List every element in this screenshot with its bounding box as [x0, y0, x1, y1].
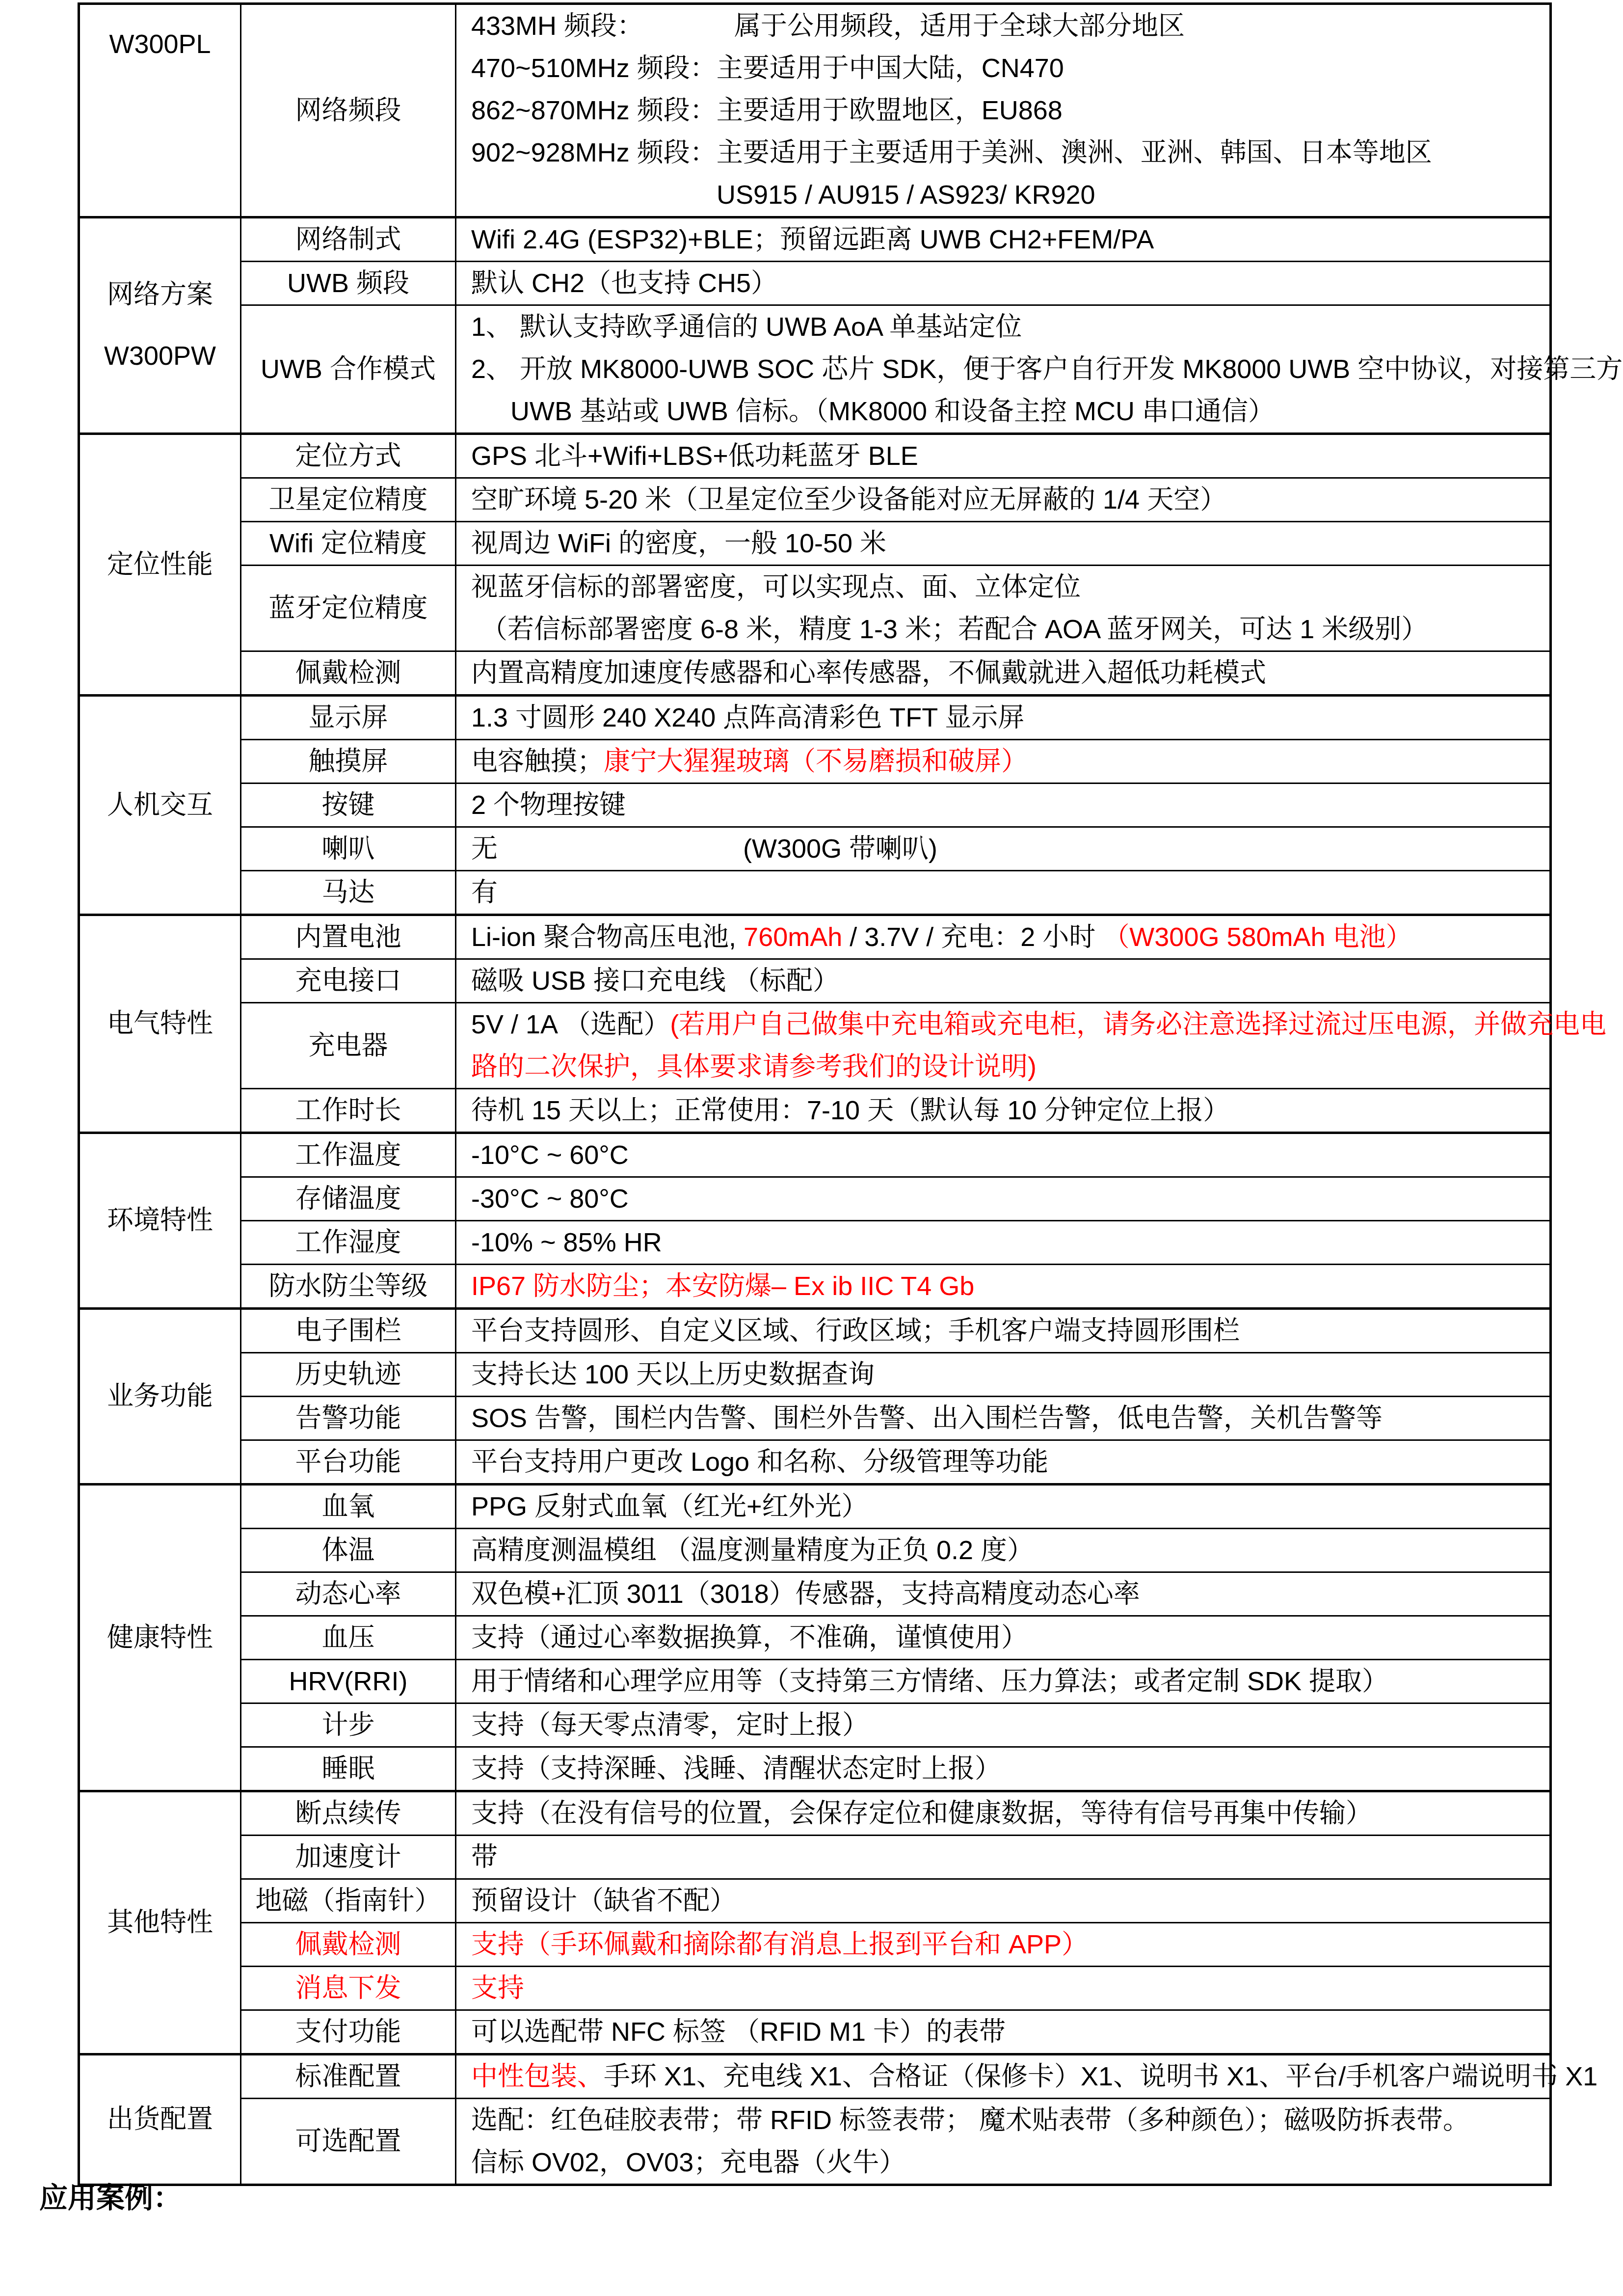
table-row: 血压支持（通过心率数据换算，不准确，谨慎使用） [79, 1616, 1551, 1660]
spec-value-line: （若信标部署密度 6-8 米，精度 1-3 米；若配合 AOA 蓝牙网关，可达 … [471, 608, 1549, 650]
spec-text: （若信标部署密度 6-8 米，精度 1-3 米；若配合 AOA 蓝牙网关，可达 … [481, 615, 1428, 644]
category-cell: 人机交互 [79, 696, 241, 915]
spec-text: 支持（通过心率数据换算，不准确，谨慎使用） [471, 1623, 1028, 1652]
spec-value-line: 902~928MHz 频段：主要适用于主要适用于美洲、澳洲、亚洲、韩国、日本等地… [471, 132, 1549, 174]
spec-value-line: Li-ion 聚合物高压电池, 760mAh / 3.7V / 充电：2 小时 … [471, 916, 1549, 958]
spec-text: 支持长达 100 天以上历史数据查询 [471, 1360, 875, 1389]
spec-value-line: PPG 反射式血氧（红光+红外光） [471, 1486, 1549, 1528]
category-cell: W300PL [79, 4, 241, 217]
spec-text: Li-ion 聚合物高压电池, [471, 922, 744, 952]
spec-value-cell: 双色模+汇顶 3011（3018）传感器，支持高精度动态心率 [456, 1572, 1551, 1616]
table-row: 睡眠支持（支持深睡、浅睡、清醒状态定时上报） [79, 1747, 1551, 1791]
spec-label-cell: HRV(RRI) [241, 1660, 456, 1703]
spec-value-cell: 视周边 WiFi 的密度，一般 10-50 米 [456, 522, 1551, 566]
table-row: W300PL网络频段433MH 频段：属于公用频段，适用于全球大部分地区470~… [79, 4, 1551, 217]
spec-text: GPS 北斗+Wifi+LBS+低功耗蓝牙 BLE [471, 441, 918, 471]
spec-value-line: 862~870MHz 频段：主要适用于欧盟地区，EU868 [471, 89, 1549, 132]
spec-text: 高精度测温模组 （温度测量精度为正负 0.2 度） [471, 1536, 1034, 1565]
spec-label-cell: 消息下发 [241, 1967, 456, 2010]
table-row: 计步支持（每天零点清零，定时上报） [79, 1703, 1551, 1747]
spec-text: 视周边 WiFi 的密度，一般 10-50 米 [471, 529, 886, 558]
spec-text: 无 [471, 834, 498, 864]
spec-value-line: 信标 OV02，OV03；充电器（火牛） [471, 2141, 1549, 2184]
spec-label-cell: 显示屏 [241, 696, 456, 740]
table-row: 告警功能SOS 告警，围栏内告警、围栏外告警、出入围栏告警，低电告警，关机告警等 [79, 1397, 1551, 1440]
spec-value-cell: 支持（每天零点清零，定时上报） [456, 1703, 1551, 1747]
spec-value-cell: Wifi 2.4G (ESP32)+BLE；预留远距离 UWB CH2+FEM/… [456, 217, 1551, 262]
spec-label-cell: 工作温度 [241, 1133, 456, 1177]
spec-text: 空旷环境 5-20 米（卫星定位至少设备能对应无屏蔽的 1/4 天空） [471, 485, 1226, 514]
spec-value-line: 双色模+汇顶 3011（3018）传感器，支持高精度动态心率 [471, 1573, 1549, 1615]
page: { "colors": { "red_text": "#FF0000", "bo… [0, 0, 1623, 2296]
spec-value-cell: -10°C ~ 60°C [456, 1133, 1551, 1177]
category-cell: 业务功能 [79, 1309, 241, 1485]
spec-label-cell: 工作时长 [241, 1089, 456, 1133]
table-row: 人机交互显示屏1.3 寸圆形 240 X240 点阵高清彩色 TFT 显示屏 [79, 696, 1551, 740]
spec-value-line: SOS 告警，围栏内告警、围栏外告警、出入围栏告警，低电告警，关机告警等 [471, 1397, 1549, 1439]
spec-text: 支持（支持深睡、浅睡、清醒状态定时上报） [471, 1754, 1001, 1783]
table-row: UWB 频段默认 CH2（也支持 CH5） [79, 262, 1551, 305]
spec-value-cell: 内置高精度加速度传感器和心率传感器，不佩戴就进入超低功耗模式 [456, 651, 1551, 696]
table-row: 平台功能平台支持用户更改 Logo 和名称、分级管理等功能 [79, 1440, 1551, 1485]
spec-value-cell: 默认 CH2（也支持 CH5） [456, 262, 1551, 305]
spec-value-cell: 平台支持圆形、自定义区域、行政区域；手机客户端支持圆形围栏 [456, 1309, 1551, 1353]
spec-table: W300PL网络频段433MH 频段：属于公用频段，适用于全球大部分地区470~… [78, 2, 1552, 2186]
spec-value-line: US915 / AU915 / AS923/ KR920 [471, 174, 1549, 216]
spec-value-cell: 支持长达 100 天以上历史数据查询 [456, 1353, 1551, 1397]
spec-value-cell: 支持（手环佩戴和摘除都有消息上报到平台和 APP） [456, 1923, 1551, 1967]
spec-label-cell: 卫星定位精度 [241, 478, 456, 522]
spec-text-red: 中性包装、 [471, 2062, 604, 2091]
spec-label-cell: 地磁（指南针） [241, 1879, 456, 1923]
table-row: 业务功能电子围栏平台支持圆形、自定义区域、行政区域；手机客户端支持圆形围栏 [79, 1309, 1551, 1353]
spec-value-line: 路的二次保护，具体要求请参考我们的设计说明) [471, 1046, 1549, 1088]
spec-text: 视蓝牙信标的部署密度，可以实现点、面、立体定位 [471, 572, 1081, 602]
spec-text: 待机 15 天以上；正常使用：7-10 天（默认每 10 分钟定位上报） [471, 1096, 1229, 1125]
table-row: 卫星定位精度空旷环境 5-20 米（卫星定位至少设备能对应无屏蔽的 1/4 天空… [79, 478, 1551, 522]
spec-text-red: 支持（手环佩戴和摘除都有消息上报到平台和 APP） [471, 1930, 1088, 1959]
spec-text: 平台支持用户更改 Logo 和名称、分级管理等功能 [471, 1447, 1048, 1477]
spec-value-cell: 433MH 频段：属于公用频段，适用于全球大部分地区470~510MHz 频段：… [456, 4, 1551, 217]
table-row: 喇叭无(W300G 带喇叭) [79, 827, 1551, 871]
spec-text: 862~870MHz 频段：主要适用于欧盟地区，EU868 [471, 96, 1063, 125]
category-cell: 网络方案W300PW [79, 217, 241, 434]
spec-label-cell: 加速度计 [241, 1836, 456, 1879]
spec-value-cell: 高精度测温模组 （温度测量精度为正负 0.2 度） [456, 1529, 1551, 1572]
spec-value-line: IP67 防水防尘；本安防爆– Ex ib IIC T4 Gb [471, 1265, 1549, 1307]
spec-value-cell: IP67 防水防尘；本安防爆– Ex ib IIC T4 Gb [456, 1265, 1551, 1309]
spec-value-line: 中性包装、手环 X1、充电线 X1、合格证（保修卡）X1、说明书 X1、平台/手… [471, 2055, 1549, 2098]
spec-label-cell: 定位方式 [241, 434, 456, 478]
category-label: 出货配置 [80, 2089, 240, 2150]
spec-value-cell: 无(W300G 带喇叭) [456, 827, 1551, 871]
spec-value-line: GPS 北斗+Wifi+LBS+低功耗蓝牙 BLE [471, 435, 1549, 477]
spec-label-cell: 充电器 [241, 1003, 456, 1089]
spec-value-cell: 电容触摸；康宁大猩猩玻璃（不易磨损和破屏） [456, 740, 1551, 783]
spec-text: -10°C ~ 60°C [471, 1140, 629, 1170]
spec-text: -10% ~ 85% HR [471, 1228, 662, 1257]
spec-text-red: 760mAh [744, 922, 842, 952]
spec-value-line: 433MH 频段：属于公用频段，适用于全球大部分地区 [471, 5, 1549, 47]
spec-value-line: 支持长达 100 天以上历史数据查询 [471, 1353, 1549, 1396]
spec-label-cell: 马达 [241, 871, 456, 915]
spec-value-line: 支持（手环佩戴和摘除都有消息上报到平台和 APP） [471, 1923, 1549, 1966]
spec-label-cell: UWB 频段 [241, 262, 456, 305]
category-label: 网络方案 [80, 264, 240, 325]
spec-value-cell: -10% ~ 85% HR [456, 1221, 1551, 1265]
category-label: 环境特性 [80, 1190, 240, 1251]
spec-label-cell: 历史轨迹 [241, 1353, 456, 1397]
category-cell: 环境特性 [79, 1133, 241, 1309]
category-label: 健康特性 [80, 1607, 240, 1669]
table-row: 防水防尘等级IP67 防水防尘；本安防爆– Ex ib IIC T4 Gb [79, 1265, 1551, 1309]
spec-value-line: 支持 [471, 1967, 1549, 2009]
table-row: 地磁（指南针）预留设计（缺省不配） [79, 1879, 1551, 1923]
category-label: 其他特性 [80, 1892, 240, 1953]
spec-value-line: 支持（每天零点清零，定时上报） [471, 1704, 1549, 1746]
spec-value-cell: 待机 15 天以上；正常使用：7-10 天（默认每 10 分钟定位上报） [456, 1089, 1551, 1133]
spec-label-cell: 喇叭 [241, 827, 456, 871]
spec-text: / 3.7V / 充电：2 小时 [842, 922, 1103, 952]
spec-text-red: 康宁大猩猩玻璃（不易磨损和破屏） [604, 747, 1028, 776]
spec-value-cell: 支持（通过心率数据换算，不准确，谨慎使用） [456, 1616, 1551, 1660]
spec-value-cell: 支持 [456, 1967, 1551, 2010]
spec-label-cell: 按键 [241, 783, 456, 827]
spec-value-line: 有 [471, 871, 1549, 914]
spec-table-body: W300PL网络频段433MH 频段：属于公用频段，适用于全球大部分地区470~… [79, 4, 1551, 2185]
table-row: 支付功能可以选配带 NFC 标签 （RFID M1 卡）的表带 [79, 2010, 1551, 2054]
spec-value-line: 高精度测温模组 （温度测量精度为正负 0.2 度） [471, 1529, 1549, 1571]
spec-value-line: 待机 15 天以上；正常使用：7-10 天（默认每 10 分钟定位上报） [471, 1089, 1549, 1132]
spec-value-cell: 用于情绪和心理学应用等（支持第三方情绪、压力算法；或者定制 SDK 提取） [456, 1660, 1551, 1703]
spec-label-cell: 网络频段 [241, 4, 456, 217]
spec-value-cell: -30°C ~ 80°C [456, 1177, 1551, 1221]
spec-label-cell: UWB 合作模式 [241, 305, 456, 434]
table-row: 蓝牙定位精度视蓝牙信标的部署密度，可以实现点、面、立体定位（若信标部署密度 6-… [79, 566, 1551, 651]
table-row: 佩戴检测内置高精度加速度传感器和心率传感器，不佩戴就进入超低功耗模式 [79, 651, 1551, 696]
spec-text: 属于公用频段，适用于全球大部分地区 [734, 11, 1185, 41]
table-row: 佩戴检测支持（手环佩戴和摘除都有消息上报到平台和 APP） [79, 1923, 1551, 1967]
spec-label-cell: 平台功能 [241, 1440, 456, 1485]
table-row: Wifi 定位精度视周边 WiFi 的密度，一般 10-50 米 [79, 522, 1551, 566]
table-row: 消息下发支持 [79, 1967, 1551, 2010]
spec-value-cell: 平台支持用户更改 Logo 和名称、分级管理等功能 [456, 1440, 1551, 1485]
table-row: 环境特性工作温度-10°C ~ 60°C [79, 1133, 1551, 1177]
spec-label-cell: 动态心率 [241, 1572, 456, 1616]
spec-text: 5V / 1A （选配） [471, 1010, 670, 1039]
table-row: 充电器5V / 1A （选配）(若用户自己做集中充电箱或充电柜，请务必注意选择过… [79, 1003, 1551, 1089]
spec-value-line: 支持（在没有信号的位置，会保存定位和健康数据，等待有信号再集中传输） [471, 1792, 1549, 1835]
spec-label-cell: 告警功能 [241, 1397, 456, 1440]
table-row: 工作湿度-10% ~ 85% HR [79, 1221, 1551, 1265]
category-cell: 健康特性 [79, 1485, 241, 1791]
spec-value-cell: 可以选配带 NFC 标签 （RFID M1 卡）的表带 [456, 2010, 1551, 2054]
spec-label-cell: 触摸屏 [241, 740, 456, 783]
spec-value-line: 视蓝牙信标的部署密度，可以实现点、面、立体定位 [471, 566, 1549, 608]
spec-value-cell: 选配：红色硅胶表带；带 RFID 标签表带； 魔术贴表带（多种颜色）；磁吸防拆表… [456, 2099, 1551, 2185]
spec-value-line: 1、 默认支持欧孚通信的 UWB AoA 单基站定位 [471, 306, 1549, 348]
spec-value-line: 磁吸 USB 接口充电线 （标配） [471, 960, 1549, 1002]
spec-text: 手环 X1、充电线 X1、合格证（保修卡）X1、说明书 X1、平台/手机客户端说… [604, 2062, 1597, 2091]
category-cell: 出货配置 [79, 2054, 241, 2185]
spec-value-line: 平台支持圆形、自定义区域、行政区域；手机客户端支持圆形围栏 [471, 1310, 1549, 1352]
spec-label-cell: 工作湿度 [241, 1221, 456, 1265]
spec-value-line: 带 [471, 1836, 1549, 1878]
spec-label-cell: 防水防尘等级 [241, 1265, 456, 1309]
table-row: 加速度计带 [79, 1836, 1551, 1879]
table-row: 存储温度-30°C ~ 80°C [79, 1177, 1551, 1221]
spec-label-cell: 体温 [241, 1529, 456, 1572]
spec-text: 用于情绪和心理学应用等（支持第三方情绪、压力算法；或者定制 SDK 提取） [471, 1667, 1388, 1696]
spec-text: 1、 默认支持欧孚通信的 UWB AoA 单基站定位 [471, 312, 1022, 342]
spec-value-cell: 支持（在没有信号的位置，会保存定位和健康数据，等待有信号再集中传输） [456, 1791, 1551, 1836]
spec-text: UWB 基站或 UWB 信标。（MK8000 和设备主控 MCU 串口通信） [510, 397, 1275, 426]
spec-value-line: 无(W300G 带喇叭) [471, 828, 1549, 870]
table-row: 马达有 [79, 871, 1551, 915]
table-row: 工作时长待机 15 天以上；正常使用：7-10 天（默认每 10 分钟定位上报） [79, 1089, 1551, 1133]
spec-text: 2 个物理按键 [471, 790, 626, 820]
category-label: 定位性能 [80, 534, 240, 595]
spec-text: (W300G 带喇叭) [743, 834, 937, 864]
spec-text-red: (若用户自己做集中充电箱或充电柜，请务必注意选择过流过压电源，并做充电电 [670, 1010, 1606, 1039]
spec-text: 内置高精度加速度传感器和心率传感器，不佩戴就进入超低功耗模式 [471, 658, 1266, 688]
spec-text: 预留设计（缺省不配） [471, 1886, 736, 1916]
spec-label-cell: 血氧 [241, 1485, 456, 1529]
category-label: W300PL [80, 14, 240, 75]
spec-value-cell: GPS 北斗+Wifi+LBS+低功耗蓝牙 BLE [456, 434, 1551, 478]
spec-label-cell: 内置电池 [241, 915, 456, 959]
spec-text: 选配：红色硅胶表带；带 RFID 标签表带； 魔术贴表带（多种颜色）；磁吸防拆表… [471, 2106, 1469, 2135]
spec-label-cell: 网络制式 [241, 217, 456, 262]
table-row: HRV(RRI)用于情绪和心理学应用等（支持第三方情绪、压力算法；或者定制 SD… [79, 1660, 1551, 1703]
category-label: W300PW [80, 325, 240, 387]
spec-text: 信标 OV02，OV03；充电器（火牛） [471, 2148, 905, 2177]
spec-text: -30°C ~ 80°C [471, 1184, 629, 1214]
spec-value-line: 2、 开放 MK8000-UWB SOC 芯片 SDK，便于客户自行开发 MK8… [471, 348, 1549, 390]
spec-value-cell: 中性包装、手环 X1、充电线 X1、合格证（保修卡）X1、说明书 X1、平台/手… [456, 2054, 1551, 2099]
table-row: 可选配置选配：红色硅胶表带；带 RFID 标签表带； 魔术贴表带（多种颜色）；磁… [79, 2099, 1551, 2185]
spec-value-line: 支持（支持深睡、浅睡、清醒状态定时上报） [471, 1748, 1549, 1790]
spec-value-line: 空旷环境 5-20 米（卫星定位至少设备能对应无屏蔽的 1/4 天空） [471, 479, 1549, 521]
spec-value-line: 支持（通过心率数据换算，不准确，谨慎使用） [471, 1617, 1549, 1659]
spec-text: 902~928MHz 频段：主要适用于主要适用于美洲、澳洲、亚洲、韩国、日本等地… [471, 138, 1432, 167]
table-row: UWB 合作模式1、 默认支持欧孚通信的 UWB AoA 单基站定位2、 开放 … [79, 305, 1551, 434]
spec-text-red: 支持 [471, 1973, 524, 2003]
spec-value-line: -10°C ~ 60°C [471, 1134, 1549, 1176]
spec-label-cell: 电子围栏 [241, 1309, 456, 1353]
spec-text: 433MH 频段： [471, 11, 643, 41]
spec-label-cell: 存储温度 [241, 1177, 456, 1221]
category-cell: 电气特性 [79, 915, 241, 1133]
spec-value-cell: 2 个物理按键 [456, 783, 1551, 827]
spec-value-cell: 视蓝牙信标的部署密度，可以实现点、面、立体定位（若信标部署密度 6-8 米，精度… [456, 566, 1551, 651]
spec-text: 带 [471, 1842, 498, 1872]
spec-label-cell: 断点续传 [241, 1791, 456, 1836]
spec-value-line: -30°C ~ 80°C [471, 1178, 1549, 1220]
table-row: 出货配置标准配置中性包装、手环 X1、充电线 X1、合格证（保修卡）X1、说明书… [79, 2054, 1551, 2099]
spec-value-cell: 1.3 寸圆形 240 X240 点阵高清彩色 TFT 显示屏 [456, 696, 1551, 740]
spec-label-cell: 佩戴检测 [241, 651, 456, 696]
spec-label-cell: 血压 [241, 1616, 456, 1660]
spec-label-cell: Wifi 定位精度 [241, 522, 456, 566]
spec-text: 电容触摸； [471, 747, 604, 776]
spec-value-line: Wifi 2.4G (ESP32)+BLE；预留远距离 UWB CH2+FEM/… [471, 218, 1549, 261]
spec-value-line: 选配：红色硅胶表带；带 RFID 标签表带； 魔术贴表带（多种颜色）；磁吸防拆表… [471, 2099, 1549, 2141]
spec-value-line: 平台支持用户更改 Logo 和名称、分级管理等功能 [471, 1441, 1549, 1483]
spec-text: 1.3 寸圆形 240 X240 点阵高清彩色 TFT 显示屏 [471, 703, 1024, 732]
spec-value-cell: Li-ion 聚合物高压电池, 760mAh / 3.7V / 充电：2 小时 … [456, 915, 1551, 959]
spec-text-red: （W300G 580mAh 电池） [1103, 922, 1412, 952]
category-label: 人机交互 [80, 775, 240, 836]
spec-value-cell: 1、 默认支持欧孚通信的 UWB AoA 单基站定位2、 开放 MK8000-U… [456, 305, 1551, 434]
section-heading-application-cases: 应用案例： [39, 2183, 182, 2214]
spec-value-cell: 支持（支持深睡、浅睡、清醒状态定时上报） [456, 1747, 1551, 1791]
spec-value-cell: 有 [456, 871, 1551, 915]
spec-label-cell: 可选配置 [241, 2099, 456, 2185]
spec-text: 默认 CH2（也支持 CH5） [471, 269, 777, 298]
table-row: 其他特性断点续传支持（在没有信号的位置，会保存定位和健康数据，等待有信号再集中传… [79, 1791, 1551, 1836]
spec-text-red: IP67 防水防尘；本安防爆– Ex ib IIC T4 Gb [471, 1271, 974, 1301]
spec-value-cell: 空旷环境 5-20 米（卫星定位至少设备能对应无屏蔽的 1/4 天空） [456, 478, 1551, 522]
table-row: 定位性能定位方式GPS 北斗+Wifi+LBS+低功耗蓝牙 BLE [79, 434, 1551, 478]
spec-value-cell: 磁吸 USB 接口充电线 （标配） [456, 959, 1551, 1003]
category-cell: 其他特性 [79, 1791, 241, 2054]
spec-value-cell: 预留设计（缺省不配） [456, 1879, 1551, 1923]
spec-value-line: 2 个物理按键 [471, 784, 1549, 826]
spec-value-line: 1.3 寸圆形 240 X240 点阵高清彩色 TFT 显示屏 [471, 697, 1549, 739]
spec-value-line: 视周边 WiFi 的密度，一般 10-50 米 [471, 522, 1549, 565]
spec-value-line: 内置高精度加速度传感器和心率传感器，不佩戴就进入超低功耗模式 [471, 652, 1549, 694]
spec-text: 2、 开放 MK8000-UWB SOC 芯片 SDK，便于客户自行开发 MK8… [471, 354, 1623, 384]
spec-value-line: 用于情绪和心理学应用等（支持第三方情绪、压力算法；或者定制 SDK 提取） [471, 1660, 1549, 1702]
spec-value-line: 预留设计（缺省不配） [471, 1880, 1549, 1922]
table-row: 健康特性血氧PPG 反射式血氧（红光+红外光） [79, 1485, 1551, 1529]
spec-value-line: 默认 CH2（也支持 CH5） [471, 262, 1549, 304]
spec-text: 有 [471, 878, 498, 907]
spec-text: 磁吸 USB 接口充电线 （标配） [471, 966, 839, 996]
spec-value-cell: PPG 反射式血氧（红光+红外光） [456, 1485, 1551, 1529]
spec-value-line: 可以选配带 NFC 标签 （RFID M1 卡）的表带 [471, 2011, 1549, 2053]
table-row: 网络方案W300PW网络制式Wifi 2.4G (ESP32)+BLE；预留远距… [79, 217, 1551, 262]
table-row: 电气特性内置电池Li-ion 聚合物高压电池, 760mAh / 3.7V / … [79, 915, 1551, 959]
spec-value-cell: 带 [456, 1836, 1551, 1879]
spec-text: 平台支持圆形、自定义区域、行政区域；手机客户端支持圆形围栏 [471, 1316, 1240, 1346]
spec-value-line: 470~510MHz 频段：主要适用于中国大陆，CN470 [471, 47, 1549, 89]
spec-label-cell: 充电接口 [241, 959, 456, 1003]
spec-value-line: 5V / 1A （选配）(若用户自己做集中充电箱或充电柜，请务必注意选择过流过压… [471, 1003, 1549, 1046]
category-label: 业务功能 [80, 1366, 240, 1427]
category-cell: 定位性能 [79, 434, 241, 696]
spec-value-line: 电容触摸；康宁大猩猩玻璃（不易磨损和破屏） [471, 740, 1549, 783]
spec-text: SOS 告警，围栏内告警、围栏外告警、出入围栏告警，低电告警，关机告警等 [471, 1404, 1383, 1433]
spec-text: 支持（在没有信号的位置，会保存定位和健康数据，等待有信号再集中传输） [471, 1799, 1372, 1828]
spec-text: 双色模+汇顶 3011（3018）传感器，支持高精度动态心率 [471, 1579, 1140, 1609]
category-label: 电气特性 [80, 993, 240, 1054]
table-row: 体温高精度测温模组 （温度测量精度为正负 0.2 度） [79, 1529, 1551, 1572]
spec-text: 支持（每天零点清零，定时上报） [471, 1710, 869, 1740]
table-row: 触摸屏电容触摸；康宁大猩猩玻璃（不易磨损和破屏） [79, 740, 1551, 783]
spec-value-cell: 5V / 1A （选配）(若用户自己做集中充电箱或充电柜，请务必注意选择过流过压… [456, 1003, 1551, 1089]
spec-label-cell: 计步 [241, 1703, 456, 1747]
spec-text: US915 / AU915 / AS923/ KR920 [717, 180, 1095, 210]
spec-text: 470~510MHz 频段：主要适用于中国大陆，CN470 [471, 54, 1064, 83]
spec-text: PPG 反射式血氧（红光+红外光） [471, 1492, 868, 1521]
spec-label-cell: 睡眠 [241, 1747, 456, 1791]
spec-text-red: 路的二次保护，具体要求请参考我们的设计说明) [471, 1052, 1037, 1081]
spec-label-cell: 支付功能 [241, 2010, 456, 2054]
spec-label-cell: 蓝牙定位精度 [241, 566, 456, 651]
spec-value-line: -10% ~ 85% HR [471, 1221, 1549, 1264]
spec-text: Wifi 2.4G (ESP32)+BLE；预留远距离 UWB CH2+FEM/… [471, 225, 1154, 254]
table-row: 动态心率双色模+汇顶 3011（3018）传感器，支持高精度动态心率 [79, 1572, 1551, 1616]
table-row: 历史轨迹支持长达 100 天以上历史数据查询 [79, 1353, 1551, 1397]
table-row: 按键2 个物理按键 [79, 783, 1551, 827]
spec-label-cell: 佩戴检测 [241, 1923, 456, 1967]
spec-label-cell: 标准配置 [241, 2054, 456, 2099]
spec-text: 可以选配带 NFC 标签 （RFID M1 卡）的表带 [471, 2017, 1006, 2047]
table-row: 充电接口磁吸 USB 接口充电线 （标配） [79, 959, 1551, 1003]
spec-value-cell: SOS 告警，围栏内告警、围栏外告警、出入围栏告警，低电告警，关机告警等 [456, 1397, 1551, 1440]
spec-value-line: UWB 基站或 UWB 信标。（MK8000 和设备主控 MCU 串口通信） [471, 390, 1549, 432]
